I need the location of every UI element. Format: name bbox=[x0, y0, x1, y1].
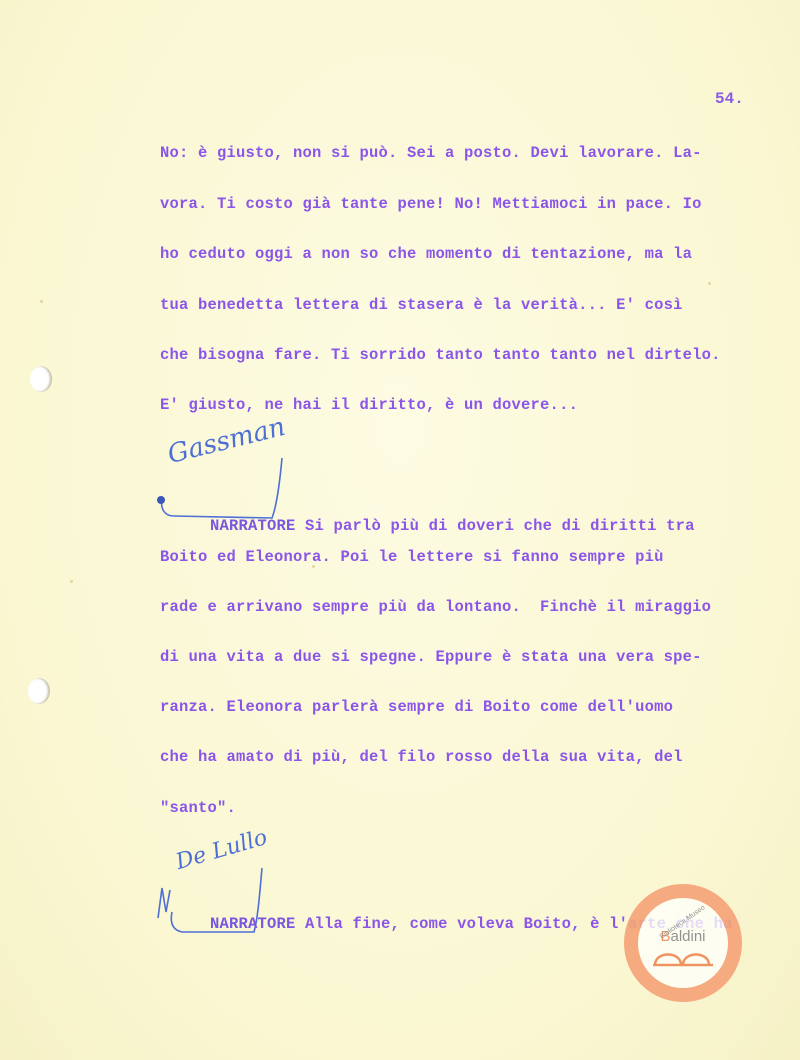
typed-line: Boito ed Eleonora. Poi le lettere si fan… bbox=[160, 547, 664, 567]
typed-line: E' giusto, ne hai il diritto, è un dover… bbox=[160, 395, 578, 415]
book-logo-icon bbox=[652, 945, 714, 967]
typed-line: "santo". bbox=[160, 798, 236, 818]
punch-hole-top bbox=[30, 366, 52, 392]
typed-line: che bisogna fare. Ti sorrido tanto tanto… bbox=[160, 345, 721, 365]
typed-line: tua benedetta lettera di stasera è la ve… bbox=[160, 295, 683, 315]
speaker-label: NARRATORE bbox=[210, 517, 296, 535]
baldini-library-stamp: Biblioteca Museo Baldini bbox=[624, 884, 742, 1002]
typed-line: ranza. Eleonora parlerà sempre di Boito … bbox=[160, 697, 673, 717]
typed-text: Si parlò più di doveri che di diritti tr… bbox=[305, 517, 695, 535]
typed-line: di una vita a due si spegne. Eppure è st… bbox=[160, 647, 702, 667]
punch-hole-bottom bbox=[28, 678, 50, 704]
speaker-label: NARRATORE bbox=[210, 915, 296, 933]
paper-speck bbox=[708, 282, 711, 285]
typed-line: vora. Ti costo già tante pene! No! Metti… bbox=[160, 194, 702, 214]
document-page: 54. No: è giusto, non si può. Sei a post… bbox=[0, 0, 800, 1060]
paper-speck bbox=[70, 580, 73, 583]
paper-speck bbox=[40, 300, 43, 303]
page-number: 54. bbox=[715, 90, 744, 108]
typed-line: ho ceduto oggi a non so che momento di t… bbox=[160, 244, 692, 264]
typed-line: rade e arrivano sempre più da lontano. F… bbox=[160, 597, 711, 617]
typed-line: No: è giusto, non si può. Sei a posto. D… bbox=[160, 143, 702, 163]
typed-line: che ha amato di più, del filo rosso dell… bbox=[160, 747, 683, 767]
